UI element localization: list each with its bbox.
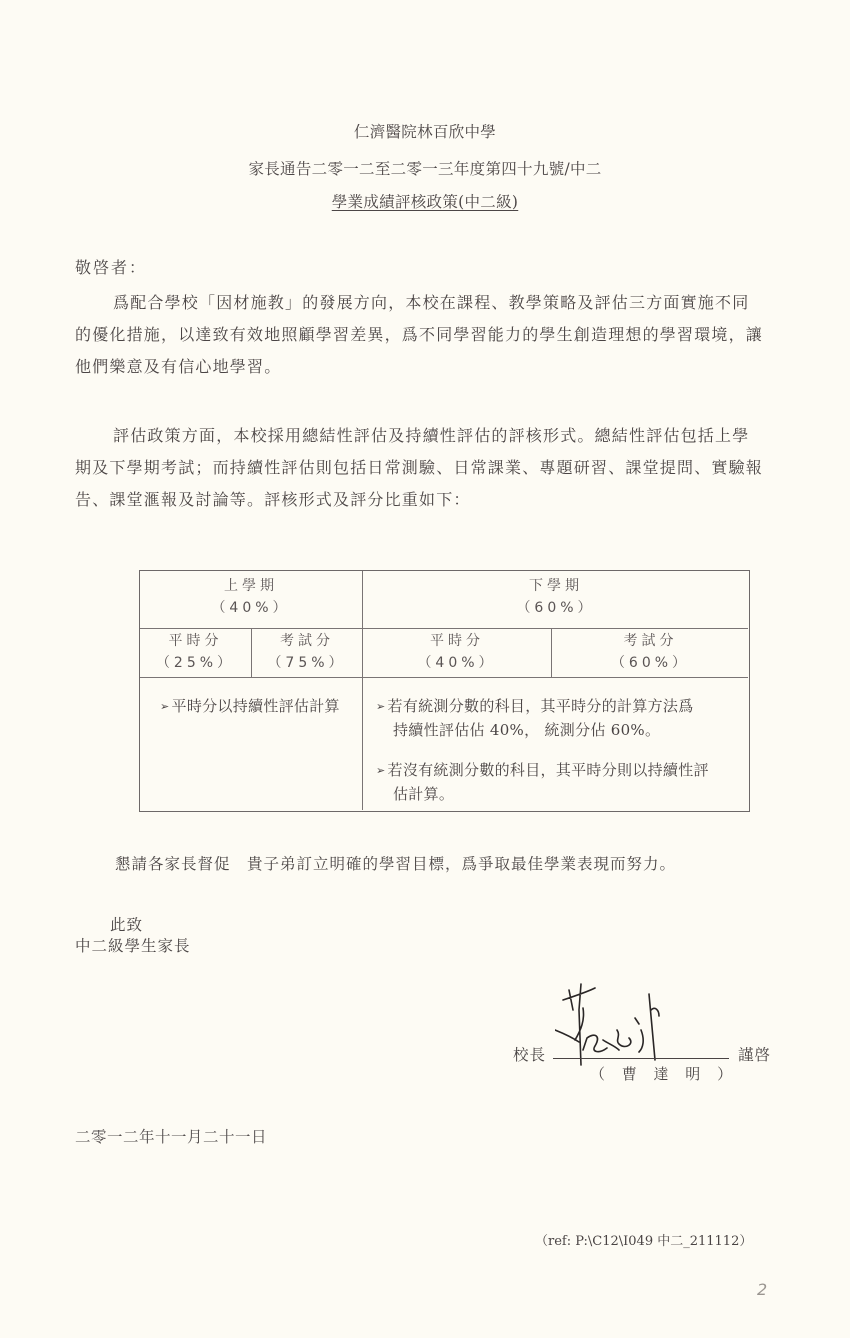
- second-term-name: 下學期: [363, 575, 749, 597]
- note-text: 若沒有統測分數的科目，其平時分則以持續性評: [388, 761, 709, 779]
- salutation: 敬啓者：: [75, 255, 147, 278]
- closing-request: 懇請各家長督促 貴子弟訂立明確的學習目標，爲爭取最佳學業表現而努力。: [115, 852, 676, 874]
- second-term-note-2: ➢若沒有統測分數的科目，其平時分則以持續性評 估計算。: [376, 759, 746, 805]
- component-weight: （40%）: [363, 652, 551, 674]
- principal-signature-icon: [555, 980, 695, 1070]
- signature-line: [553, 1058, 729, 1059]
- notice-number: 家長通告二零一二至二零一三年度第四十九號/中二: [0, 157, 850, 179]
- paragraph-intro: 爲配合學校「因材施教」的發展方向，本校在課程、教學策略及評估三方面實施不同的優化…: [75, 287, 765, 383]
- issue-date: 二零一二年十一月二十一日: [75, 1125, 267, 1147]
- paragraph-assessment-policy: 評估政策方面，本校採用總結性評估及持續性評估的評核形式。總結性評估包括上學期及下…: [75, 420, 765, 516]
- notice-subject: 學業成績評核政策(中二級): [0, 190, 850, 212]
- component-name: 平時分: [140, 630, 251, 652]
- notice-subject-text: 學業成績評核政策(中二級): [332, 193, 519, 211]
- principal-name: （ 曹 達 明 ）: [590, 1063, 738, 1084]
- school-name: 仁濟醫院林百欣中學: [0, 120, 850, 142]
- first-term-weight: （40%）: [140, 597, 362, 619]
- arrow-bullet-icon: ➢: [160, 700, 170, 713]
- component-weight: （25%）: [140, 652, 251, 674]
- principal-title: 校長: [513, 1043, 546, 1065]
- assessment-weighting-table: 上學期 （40%） 下學期 （60%） 平時分 （25%） 考試分 （75%） …: [139, 570, 750, 812]
- second-term-exam: 考試分 （60%）: [552, 630, 749, 674]
- note-text-continued: 持續性評估佔 40%， 統測分佔 60%。: [376, 719, 746, 741]
- arrow-bullet-icon: ➢: [376, 764, 386, 777]
- note-text-continued: 估計算。: [376, 783, 746, 805]
- document-reference: （ref: P:\C12\I049 中二_211112）: [535, 1230, 752, 1249]
- first-term-exam: 考試分 （75%）: [252, 630, 362, 674]
- first-term-name: 上學期: [140, 575, 362, 597]
- note-text: 若有統測分數的科目，其平時分的計算方法爲: [388, 697, 694, 715]
- closing-respect: 謹啓: [738, 1043, 771, 1065]
- addressee-salutation: 此致: [110, 913, 143, 935]
- component-name: 考試分: [552, 630, 749, 652]
- second-term-weight: （60%）: [363, 597, 749, 619]
- table-divider-row2: [140, 677, 748, 678]
- component-weight: （75%）: [252, 652, 362, 674]
- first-term-coursework: 平時分 （25%）: [140, 630, 251, 674]
- component-name: 平時分: [363, 630, 551, 652]
- table-divider-row1: [140, 628, 748, 629]
- second-term-note-1: ➢若有統測分數的科目，其平時分的計算方法爲 持續性評估佔 40%， 統測分佔 6…: [376, 695, 746, 741]
- addressee: 中二級學生家長: [75, 934, 191, 956]
- first-term-note: ➢平時分以持續性評估計算: [160, 695, 360, 719]
- second-term-coursework: 平時分 （40%）: [363, 630, 551, 674]
- first-term-header: 上學期 （40%）: [140, 575, 362, 619]
- component-weight: （60%）: [552, 652, 749, 674]
- note-text: 平時分以持續性評估計算: [172, 697, 340, 715]
- handwritten-page-mark: 2: [757, 1280, 767, 1299]
- second-term-header: 下學期 （60%）: [363, 575, 749, 619]
- arrow-bullet-icon: ➢: [376, 700, 386, 713]
- component-name: 考試分: [252, 630, 362, 652]
